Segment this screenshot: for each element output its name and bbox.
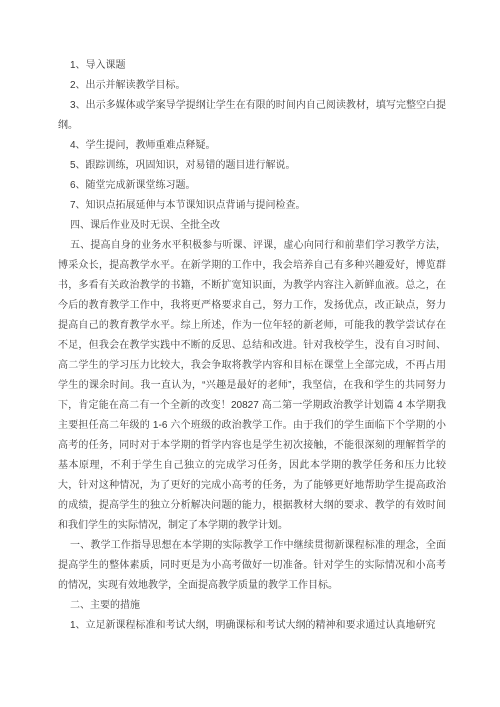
document-body: 1、导入课题2、出示并解读教学目标。3、出示多媒体或学案导学提纲让学生在有限的时…: [58, 56, 446, 636]
paragraph: 一、教学工作指导思想在本学期的实际教学工作中继续贯彻新课程标准的理念，全面提高学…: [58, 536, 446, 596]
document-page: 1、导入课题2、出示并解读教学目标。3、出示多媒体或学案导学提纲让学生在有限的时…: [0, 0, 500, 707]
paragraph: 7、知识点拓展延伸与本节课知识点背诵与提问检查。: [58, 196, 446, 216]
paragraph: 五、提高自身的业务水平积极参与听课、评课，虚心向同行和前辈们学习教学方法，博采众…: [58, 236, 446, 536]
paragraph: 4、学生提问，教师重难点释疑。: [58, 136, 446, 156]
paragraph: 四、课后作业及时无误、全批全改: [58, 216, 446, 236]
paragraph: 6、随堂完成新课堂练习题。: [58, 176, 446, 196]
paragraph: 1、导入课题: [58, 56, 446, 76]
paragraph: 3、出示多媒体或学案导学提纲让学生在有限的时间内自己阅读教材，填写完整空白提纲。: [58, 96, 446, 136]
paragraph: 5、跟踪训练，巩固知识，对易错的题目进行解说。: [58, 156, 446, 176]
paragraph: 二、主要的措施: [58, 596, 446, 616]
paragraph: 2、出示并解读教学目标。: [58, 76, 446, 96]
paragraph: 1、立足新课程标准和考试大纲，明确课标和考试大纲的精神和要求通过认真地研究: [58, 616, 446, 636]
